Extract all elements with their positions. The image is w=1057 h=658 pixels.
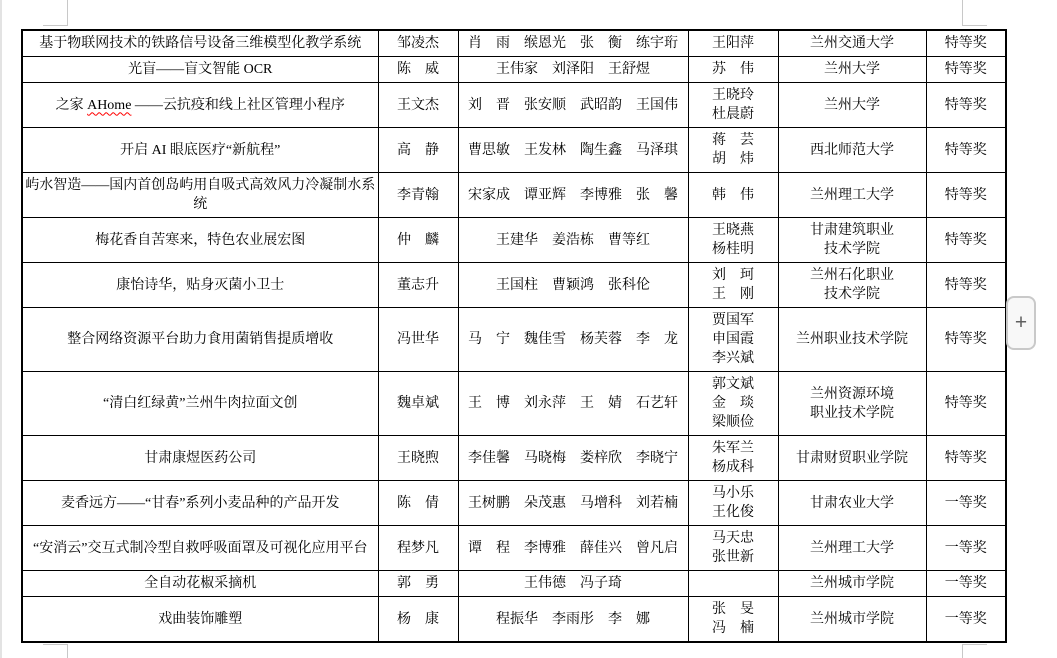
cell-advisors[interactable]: 张 旻冯 楠 — [688, 597, 778, 643]
cell-school[interactable]: 甘肃农业大学 — [778, 481, 926, 526]
margin-mark-bottom-left — [43, 644, 68, 658]
cell-leader[interactable]: 陈 倩 — [378, 481, 458, 526]
cell-school-line: 甘肃财贸职业学院 — [781, 449, 924, 468]
cell-members[interactable]: 王国柱 曹颖鸿 张科伦 — [458, 263, 688, 308]
cell-leader[interactable]: 冯世华 — [378, 308, 458, 372]
cell-school[interactable]: 兰州城市学院 — [778, 597, 926, 643]
cell-award[interactable]: 特等奖 — [926, 30, 1006, 57]
document-page: 基于物联网技术的铁路信号设备三维模型化教学系统邹凌杰肖 雨 缑恩光 张 衡 练宇… — [0, 0, 1057, 658]
cell-advisors-line: 张 旻 — [691, 600, 776, 619]
table-row: “安消云”交互式制冷型自救呼吸面罩及可视化应用平台程梦凡谭 程 李博雅 薛佳兴 … — [22, 526, 1006, 571]
cell-leader[interactable]: 郭 勇 — [378, 571, 458, 597]
table-row: “清白红绿黄”兰州牛肉拉面文创魏卓斌王 博 刘永萍 王 婧 石艺轩郭文斌金 琰梁… — [22, 372, 1006, 436]
cell-advisors-line: 李兴斌 — [691, 349, 776, 368]
cell-advisors[interactable]: 马天忠张世新 — [688, 526, 778, 571]
cell-project[interactable]: 戏曲装饰雕塑 — [22, 597, 378, 643]
cell-school-line: 兰州城市学院 — [781, 610, 924, 629]
cell-advisors[interactable] — [688, 571, 778, 597]
cell-school[interactable]: 兰州理工大学 — [778, 173, 926, 218]
cell-project[interactable]: 全自动花椒采摘机 — [22, 571, 378, 597]
cell-school[interactable]: 兰州交通大学 — [778, 30, 926, 57]
cell-advisors[interactable]: 苏 伟 — [688, 57, 778, 83]
cell-members[interactable]: 王树鹏 朵茂惠 马增科 刘若楠 — [458, 481, 688, 526]
cell-members[interactable]: 刘 晋 张安顺 武昭韵 王国伟 — [458, 83, 688, 128]
cell-advisors-line: 苏 伟 — [691, 60, 776, 79]
cell-school-line: 甘肃农业大学 — [781, 494, 924, 513]
cell-project[interactable]: 甘肃康煜医药公司 — [22, 436, 378, 481]
cell-advisors-line: 王晓玲 — [691, 86, 776, 105]
cell-advisors[interactable]: 朱军兰杨成科 — [688, 436, 778, 481]
cell-advisors-line: 贾国军 — [691, 311, 776, 330]
table-row: 整合网络资源平台助力食用菌销售提质增收冯世华马 宁 魏佳雪 杨芙蓉 李 龙贾国军… — [22, 308, 1006, 372]
cell-advisors[interactable]: 刘 珂王 刚 — [688, 263, 778, 308]
cell-school[interactable]: 兰州城市学院 — [778, 571, 926, 597]
cell-project[interactable]: 开启 AI 眼底医疗“新航程” — [22, 128, 378, 173]
cell-advisors-line: 冯 楠 — [691, 619, 776, 638]
cell-leader[interactable]: 高 静 — [378, 128, 458, 173]
cell-school-line: 甘肃建筑职业 — [781, 221, 924, 240]
cell-award[interactable]: 一等奖 — [926, 526, 1006, 571]
project-text: 之家 — [56, 98, 88, 113]
cell-award[interactable]: 一等奖 — [926, 597, 1006, 643]
cell-advisors-line: 金 琰 — [691, 394, 776, 413]
cell-school[interactable]: 兰州职业技术学院 — [778, 308, 926, 372]
cell-school[interactable]: 西北师范大学 — [778, 128, 926, 173]
cell-advisors-line: 马小乐 — [691, 484, 776, 503]
cell-advisors-line: 张世新 — [691, 548, 776, 567]
cell-school[interactable]: 兰州大学 — [778, 83, 926, 128]
cell-members[interactable]: 王 博 刘永萍 王 婧 石艺轩 — [458, 372, 688, 436]
cell-award[interactable]: 特等奖 — [926, 83, 1006, 128]
table-row: 光盲——盲文智能 OCR陈 威王伟家 刘泽阳 王舒煜苏 伟兰州大学特等奖 — [22, 57, 1006, 83]
cell-school[interactable]: 兰州理工大学 — [778, 526, 926, 571]
cell-advisors[interactable]: 郭文斌金 琰梁顺俭 — [688, 372, 778, 436]
cell-school[interactable]: 甘肃财贸职业学院 — [778, 436, 926, 481]
cell-project[interactable]: “清白红绿黄”兰州牛肉拉面文创 — [22, 372, 378, 436]
cell-leader[interactable]: 陈 威 — [378, 57, 458, 83]
cell-school-line: 兰州大学 — [781, 60, 924, 79]
table-row: 康怡诗华，贴身灭菌小卫士董志升王国柱 曹颖鸿 张科伦刘 珂王 刚兰州石化职业技术… — [22, 263, 1006, 308]
cell-school-line: 兰州职业技术学院 — [781, 330, 924, 349]
cell-award[interactable]: 特等奖 — [926, 372, 1006, 436]
cell-advisors[interactable]: 贾国军申国霞李兴斌 — [688, 308, 778, 372]
misspelled-word: AHome — [87, 98, 131, 113]
cell-advisors-line: 朱军兰 — [691, 439, 776, 458]
cell-members[interactable]: 李佳馨 马晓梅 娄梓欣 李晓宁 — [458, 436, 688, 481]
add-table-button[interactable]: + — [1006, 296, 1036, 350]
cell-advisors-line: 胡 炜 — [691, 150, 776, 169]
table-row: 甘肃康煜医药公司王晓煦李佳馨 马晓梅 娄梓欣 李晓宁朱军兰杨成科甘肃财贸职业学院… — [22, 436, 1006, 481]
cell-award[interactable]: 特等奖 — [926, 128, 1006, 173]
table-row: 全自动花椒采摘机郭 勇王伟德 冯子琦兰州城市学院一等奖 — [22, 571, 1006, 597]
cell-project[interactable]: 麦香远方——“甘春”系列小麦品种的产品开发 — [22, 481, 378, 526]
cell-advisors-line: 蒋 芸 — [691, 131, 776, 150]
cell-project[interactable]: “安消云”交互式制冷型自救呼吸面罩及可视化应用平台 — [22, 526, 378, 571]
cell-advisors-line: 杨桂明 — [691, 240, 776, 259]
cell-school-line: 兰州理工大学 — [781, 186, 924, 205]
plus-icon: + — [1015, 311, 1027, 335]
margin-mark-top-left — [43, 0, 68, 26]
cell-advisors-line: 韩 伟 — [691, 186, 776, 205]
cell-advisors-line: 马天忠 — [691, 529, 776, 548]
cell-advisors[interactable]: 蒋 芸胡 炜 — [688, 128, 778, 173]
cell-school-line: 技术学院 — [781, 240, 924, 259]
cell-leader[interactable]: 董志升 — [378, 263, 458, 308]
cell-advisors-line: 杜晨蔚 — [691, 105, 776, 124]
cell-award[interactable]: 特等奖 — [926, 308, 1006, 372]
table-row: 开启 AI 眼底医疗“新航程”高 静曹思敏 王发林 陶生鑫 马泽琪蒋 芸胡 炜西… — [22, 128, 1006, 173]
table-row: 之家 AHome ——云抗疫和线上社区管理小程序王文杰刘 晋 张安顺 武昭韵 王… — [22, 83, 1006, 128]
table-row: 基于物联网技术的铁路信号设备三维模型化教学系统邹凌杰肖 雨 缑恩光 张 衡 练宇… — [22, 30, 1006, 57]
cell-advisors-line: 王晓燕 — [691, 221, 776, 240]
cell-members[interactable]: 谭 程 李博雅 薛佳兴 曾凡启 — [458, 526, 688, 571]
cell-advisors-line: 王阳萍 — [691, 34, 776, 53]
cell-advisors[interactable]: 韩 伟 — [688, 173, 778, 218]
cell-school[interactable]: 甘肃建筑职业技术学院 — [778, 218, 926, 263]
cell-school-line: 兰州交通大学 — [781, 34, 924, 53]
awards-table: 基于物联网技术的铁路信号设备三维模型化教学系统邹凌杰肖 雨 缑恩光 张 衡 练宇… — [21, 29, 1007, 643]
table-row: 屿水智造——国内首创岛屿用自吸式高效风力冷凝制水系统李青翰宋家成 谭亚辉 李博雅… — [22, 173, 1006, 218]
margin-mark-bottom-right — [962, 644, 987, 658]
cell-award[interactable]: 特等奖 — [926, 436, 1006, 481]
cell-project[interactable]: 屿水智造——国内首创岛屿用自吸式高效风力冷凝制水系统 — [22, 173, 378, 218]
cell-advisors-line: 王化俊 — [691, 503, 776, 522]
cell-school[interactable]: 兰州大学 — [778, 57, 926, 83]
cell-school-line: 兰州理工大学 — [781, 539, 924, 558]
cell-project[interactable]: 梅花香自苦寒来，特色农业展宏图 — [22, 218, 378, 263]
cell-project[interactable]: 康怡诗华，贴身灭菌小卫士 — [22, 263, 378, 308]
cell-award[interactable]: 一等奖 — [926, 481, 1006, 526]
cell-award[interactable]: 特等奖 — [926, 218, 1006, 263]
cell-school-line: 技术学院 — [781, 285, 924, 304]
cell-members[interactable]: 肖 雨 缑恩光 张 衡 练宇珩 — [458, 30, 688, 57]
cell-advisors-line: 刘 珂 — [691, 266, 776, 285]
margin-mark-top-right — [962, 0, 987, 26]
cell-award[interactable]: 一等奖 — [926, 571, 1006, 597]
cell-school-line: 职业技术学院 — [781, 404, 924, 423]
cell-school-line: 兰州大学 — [781, 96, 924, 115]
cell-project[interactable]: 整合网络资源平台助力食用菌销售提质增收 — [22, 308, 378, 372]
cell-members[interactable]: 王伟德 冯子琦 — [458, 571, 688, 597]
cell-leader[interactable]: 仲 麟 — [378, 218, 458, 263]
table-row: 梅花香自苦寒来，特色农业展宏图仲 麟王建华 姜浩栋 曹等红王晓燕杨桂明甘肃建筑职… — [22, 218, 1006, 263]
cell-leader[interactable]: 邹凌杰 — [378, 30, 458, 57]
cell-leader[interactable]: 王晓煦 — [378, 436, 458, 481]
cell-school[interactable]: 兰州资源环境职业技术学院 — [778, 372, 926, 436]
cell-advisors[interactable]: 王晓玲杜晨蔚 — [688, 83, 778, 128]
cell-advisors-line: 杨成科 — [691, 458, 776, 477]
cell-members[interactable]: 程振华 李雨彤 李 娜 — [458, 597, 688, 643]
cell-award[interactable]: 特等奖 — [926, 173, 1006, 218]
cell-leader[interactable]: 程梦凡 — [378, 526, 458, 571]
cell-members[interactable]: 王伟家 刘泽阳 王舒煜 — [458, 57, 688, 83]
cell-project[interactable]: 之家 AHome ——云抗疫和线上社区管理小程序 — [22, 83, 378, 128]
cell-school[interactable]: 兰州石化职业技术学院 — [778, 263, 926, 308]
cell-award[interactable]: 特等奖 — [926, 57, 1006, 83]
cell-advisors-line: 郭文斌 — [691, 375, 776, 394]
cell-members[interactable]: 马 宁 魏佳雪 杨芙蓉 李 龙 — [458, 308, 688, 372]
cell-project[interactable]: 光盲——盲文智能 OCR — [22, 57, 378, 83]
cell-advisors[interactable]: 马小乐王化俊 — [688, 481, 778, 526]
cell-advisors[interactable]: 王晓燕杨桂明 — [688, 218, 778, 263]
cell-project[interactable]: 基于物联网技术的铁路信号设备三维模型化教学系统 — [22, 30, 378, 57]
cell-advisors[interactable]: 王阳萍 — [688, 30, 778, 57]
cell-members[interactable]: 宋家成 谭亚辉 李博雅 张 馨 — [458, 173, 688, 218]
cell-leader[interactable]: 魏卓斌 — [378, 372, 458, 436]
cell-leader[interactable]: 杨 康 — [378, 597, 458, 643]
cell-leader[interactable]: 王文杰 — [378, 83, 458, 128]
cell-school-line: 兰州城市学院 — [781, 574, 924, 593]
cell-school-line: 西北师范大学 — [781, 141, 924, 160]
screen-edge — [0, 0, 2, 658]
cell-members[interactable]: 王建华 姜浩栋 曹等红 — [458, 218, 688, 263]
cell-school-line: 兰州石化职业 — [781, 266, 924, 285]
project-text: ——云抗疫和线上社区管理小程序 — [131, 98, 345, 113]
table-row: 麦香远方——“甘春”系列小麦品种的产品开发陈 倩王树鹏 朵茂惠 马增科 刘若楠马… — [22, 481, 1006, 526]
cell-advisors-line: 梁顺俭 — [691, 413, 776, 432]
cell-members[interactable]: 曹思敏 王发林 陶生鑫 马泽琪 — [458, 128, 688, 173]
cell-award[interactable]: 特等奖 — [926, 263, 1006, 308]
cell-advisors-line: 申国霞 — [691, 330, 776, 349]
table-row: 戏曲装饰雕塑杨 康程振华 李雨彤 李 娜张 旻冯 楠兰州城市学院一等奖 — [22, 597, 1006, 643]
cell-advisors-line: 王 刚 — [691, 285, 776, 304]
cell-school-line: 兰州资源环境 — [781, 385, 924, 404]
cell-leader[interactable]: 李青翰 — [378, 173, 458, 218]
